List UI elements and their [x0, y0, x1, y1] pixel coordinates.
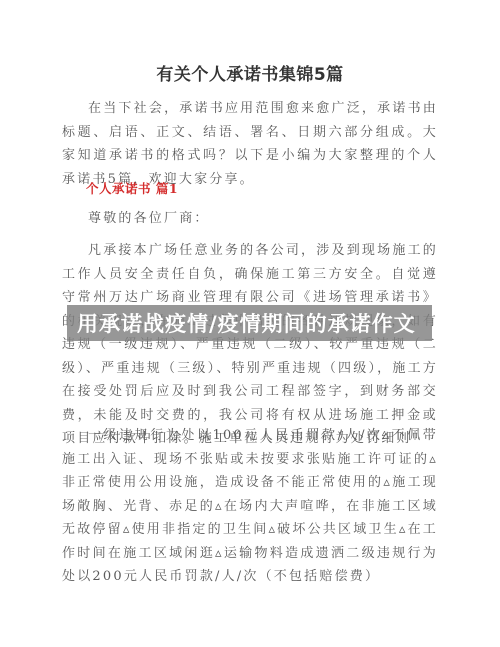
body-paragraph: 凡承接本广场任意业务的各公司，涉及到现场施工的工作人员安全责任自负，确保施工第三…: [62, 239, 438, 451]
overlay-title-banner[interactable]: 用承诺战疫情/疫情期间的承诺作文: [67, 305, 432, 341]
body-paragraph: 一级违规行为处以100元人民币罚款/人/次▵不佩带施工出入证、现场不张贴或未按要…: [62, 424, 438, 589]
document-title: 有关个人承诺书集锦5篇: [0, 64, 500, 86]
intro-paragraph: 在当下社会，承诺书应用范围愈来愈广泛，承诺书由标题、启语、正文、结语、署名、日期…: [62, 97, 438, 191]
section-heading: 个人承诺书 篇1: [86, 180, 178, 198]
overlay-title-text: 用承诺战疫情/疫情期间的承诺作文: [77, 308, 416, 338]
document-page: 有关个人承诺书集锦5篇 在当下社会，承诺书应用范围愈来愈广泛，承诺书由标题、启语…: [0, 0, 500, 647]
salutation: 尊敬的各位厂商：: [62, 207, 438, 231]
